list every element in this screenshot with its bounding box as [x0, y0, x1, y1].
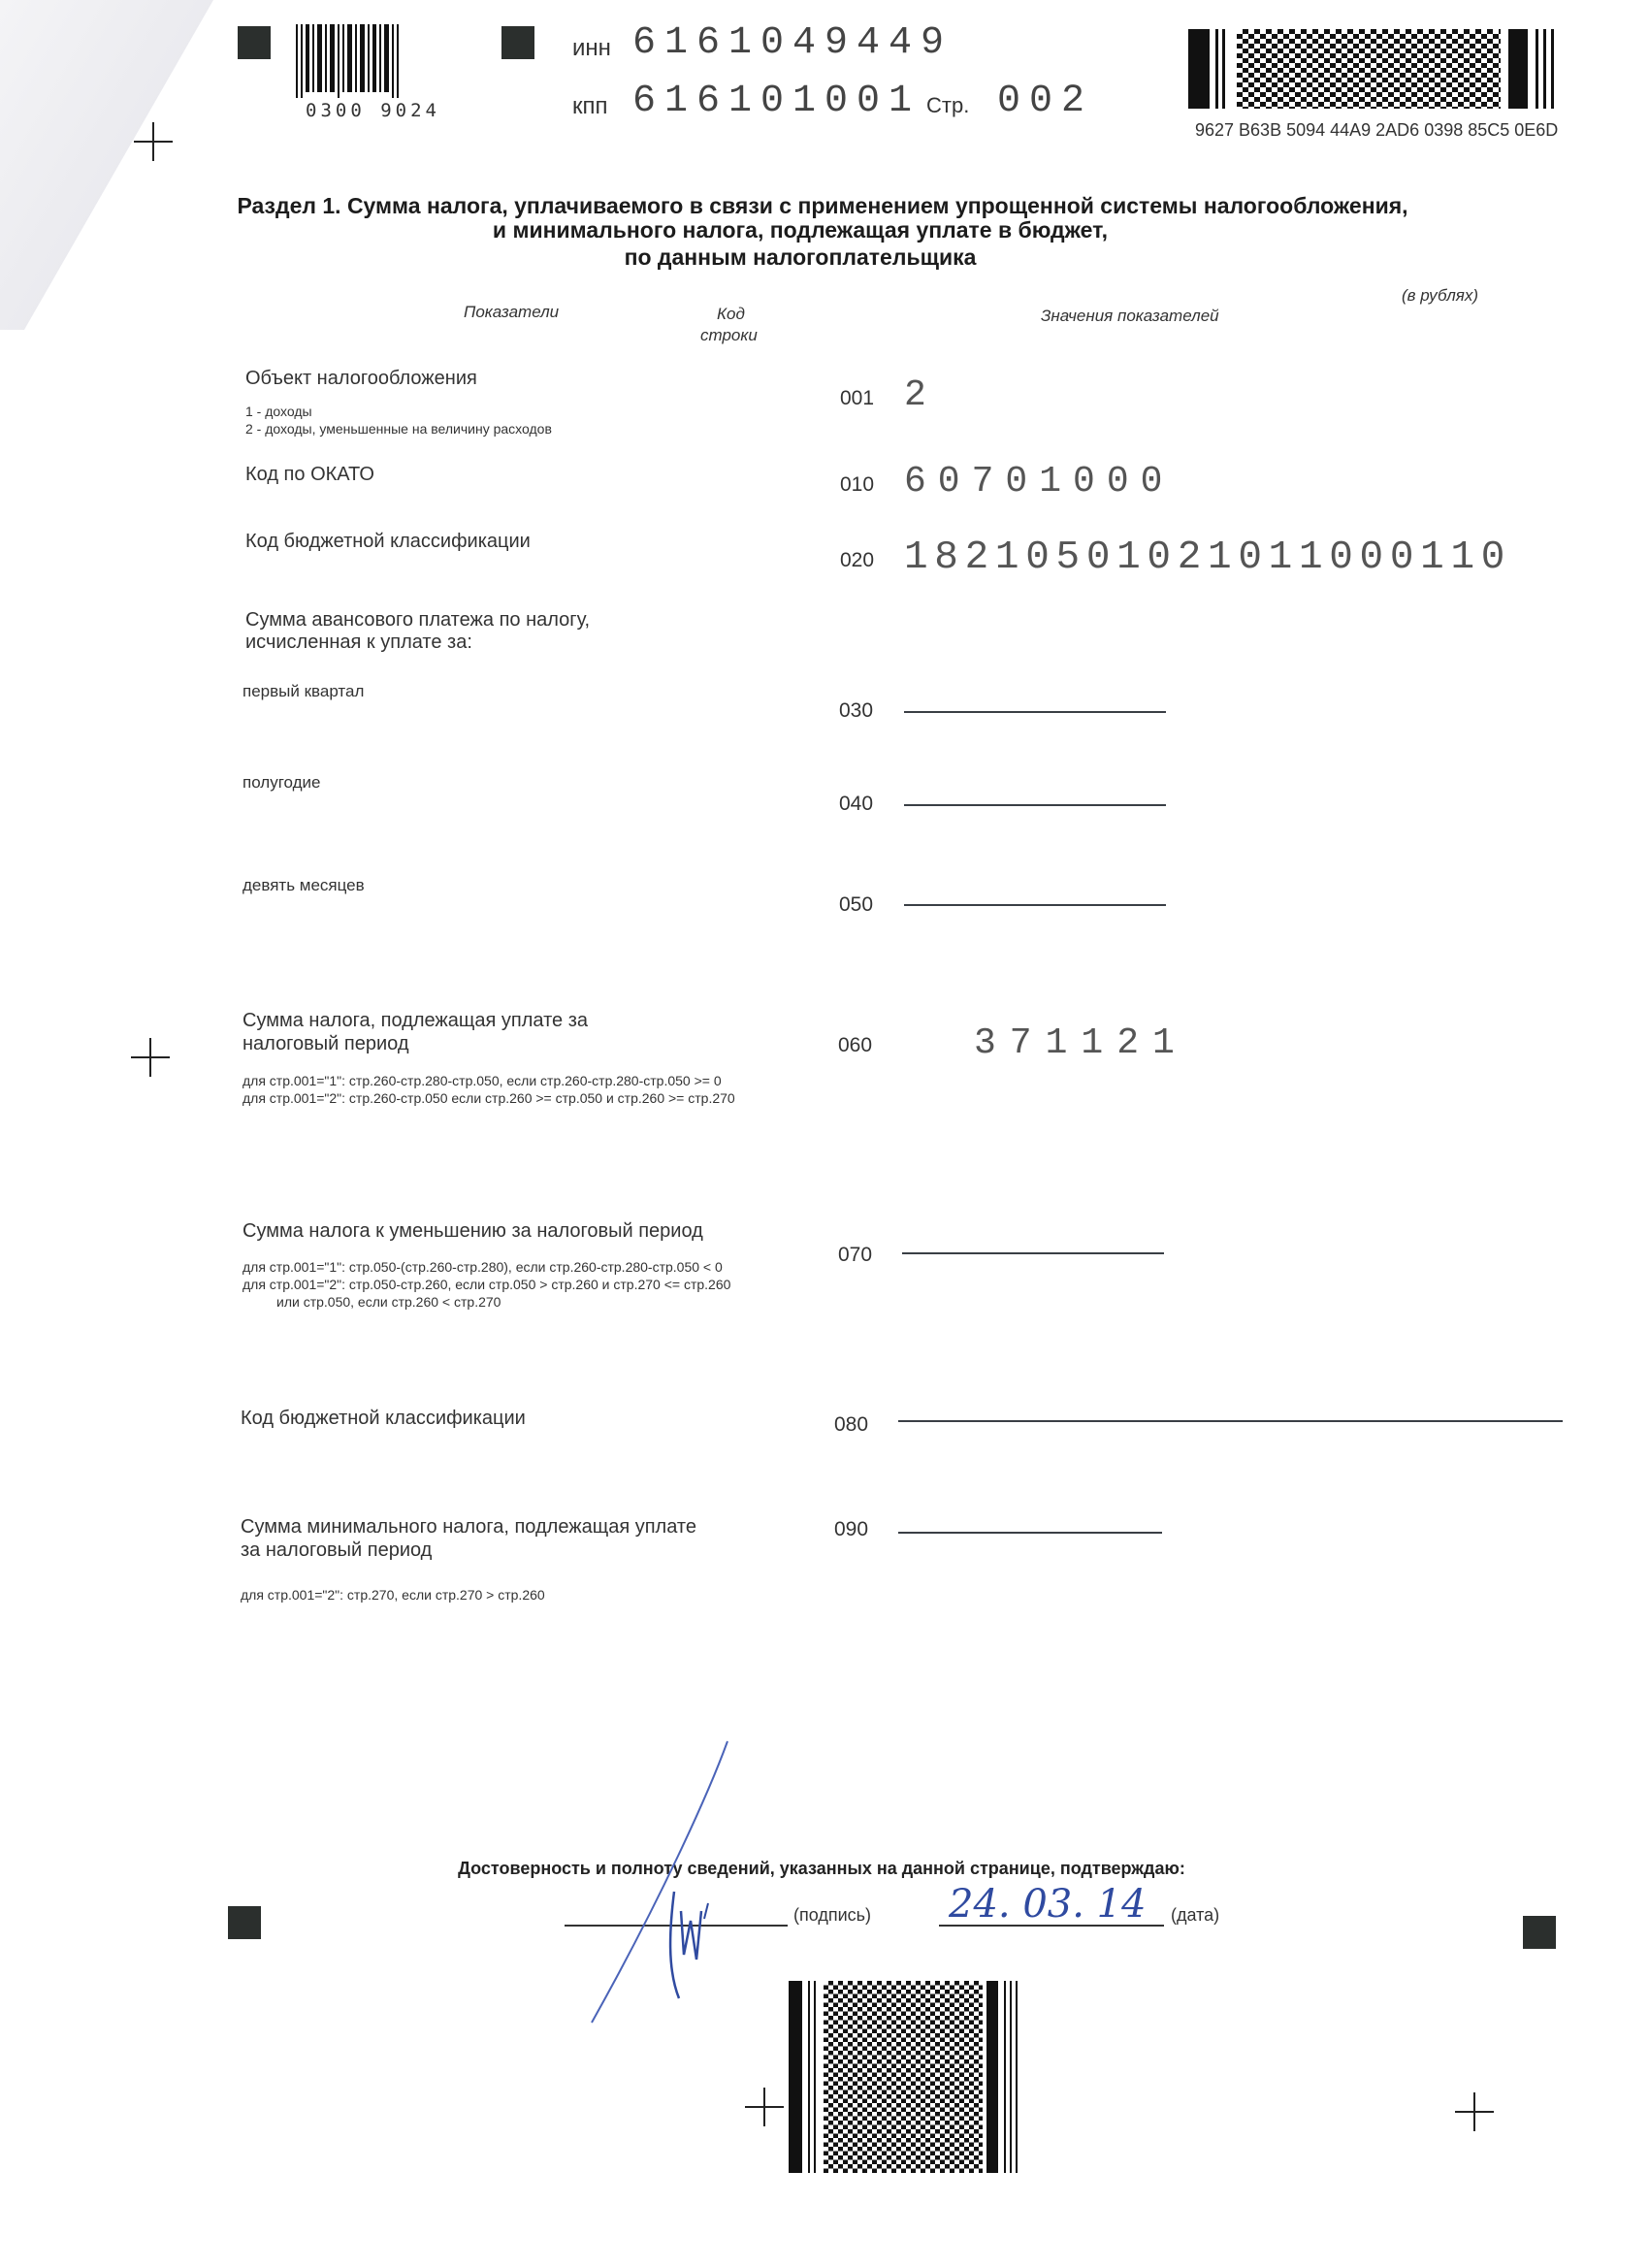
- page-fold-shadow: [0, 0, 252, 349]
- handwritten-date: 24. 03. 14: [949, 1882, 1147, 1927]
- crosshair-icon: [134, 122, 173, 161]
- row-060-value: 371121: [974, 1022, 1188, 1064]
- date-caption: (дата): [1171, 1905, 1219, 1926]
- advance-payment-group-label-1: Сумма авансового платежа по налогу,: [245, 608, 590, 632]
- units-label: (в рублях): [1402, 286, 1478, 306]
- row-090-label-1: Сумма минимального налога, подлежащая уп…: [241, 1515, 696, 1539]
- registration-mark: [238, 26, 271, 59]
- row-030-code: 030: [839, 699, 873, 723]
- crosshair-icon: [745, 2088, 784, 2126]
- col-header-values: Значения показателей: [1041, 307, 1219, 326]
- row-010-value: 60701000: [904, 461, 1174, 502]
- col-header-code-2: строки: [700, 326, 758, 345]
- confirmation-statement: Достоверность и полноту сведений, указан…: [0, 1859, 1646, 1879]
- row-010-label: Код по ОКАТО: [245, 463, 374, 487]
- row-030-value-empty: [904, 711, 1166, 713]
- row-001-label: Объект налогообложения: [245, 367, 477, 391]
- row-001-note-1: 1 - доходы: [245, 404, 312, 420]
- col-header-indicators: Показатели: [464, 303, 559, 322]
- pdf417-barcode-top: [1188, 29, 1557, 109]
- row-050-label: девять месяцев: [242, 873, 365, 897]
- row-090-label-2: за налоговый период: [241, 1539, 432, 1563]
- row-010-code: 010: [840, 473, 874, 497]
- crosshair-icon: [131, 1038, 170, 1077]
- row-060-label-2: налоговый период: [242, 1032, 409, 1056]
- barcode-icon: [296, 24, 490, 98]
- row-070-note-1: для стр.001="1": стр.050-(стр.260-стр.28…: [242, 1259, 723, 1276]
- registration-mark: [228, 1906, 261, 1939]
- row-050-value-empty: [904, 904, 1166, 906]
- row-001-note-2: 2 - доходы, уменьшенные на величину расх…: [245, 421, 552, 437]
- kpp-value: 616101001: [632, 80, 921, 123]
- row-020-value: 18210501021011000110: [904, 535, 1511, 580]
- row-090-note-1: для стр.001="2": стр.270, если стр.270 >…: [241, 1587, 545, 1604]
- page-value: 002: [997, 80, 1093, 123]
- section-title-line2: и минимального налога, подлежащая уплате…: [0, 215, 1625, 245]
- row-040-label: полугодие: [242, 770, 320, 794]
- row-001-value: 2: [904, 374, 938, 416]
- row-070-note-2: для стр.001="2": стр.050-стр.260, если с…: [242, 1277, 730, 1293]
- row-070-label: Сумма налога к уменьшению за налоговый п…: [242, 1219, 703, 1244]
- row-070-note-3: или стр.050, если стр.260 < стр.270: [276, 1294, 501, 1311]
- row-001-code: 001: [840, 387, 874, 410]
- signature-scribble: [572, 1736, 766, 2027]
- row-060-label-1: Сумма налога, подлежащая уплате за: [242, 1009, 588, 1033]
- row-080-code: 080: [834, 1413, 868, 1437]
- row-060-note-1: для стр.001="1": стр.260-стр.280-стр.050…: [242, 1073, 722, 1089]
- row-020-code: 020: [840, 549, 874, 572]
- inn-value: 6161049449: [632, 21, 953, 65]
- row-040-value-empty: [904, 804, 1166, 806]
- advance-payment-group-label-2: исчисленная к уплате за:: [245, 631, 472, 655]
- row-020-label: Код бюджетной классификации: [245, 530, 531, 554]
- row-060-code: 060: [838, 1034, 872, 1057]
- row-070-value-empty: [902, 1252, 1164, 1254]
- row-090-code: 090: [834, 1518, 868, 1541]
- crosshair-icon: [1455, 2092, 1494, 2131]
- row-070-code: 070: [838, 1244, 872, 1267]
- registration-mark: [1523, 1916, 1556, 1949]
- kpp-label: КПП: [572, 93, 608, 120]
- row-060-note-2: для стр.001="2": стр.260-стр.050 если ст…: [242, 1090, 735, 1107]
- signature-caption: (подпись): [793, 1905, 871, 1926]
- section-title-line3: по данным налогоплательщика: [0, 243, 1625, 273]
- row-040-code: 040: [839, 793, 873, 816]
- row-030-label: первый квартал: [242, 679, 364, 703]
- inn-label: ИНН: [572, 35, 611, 62]
- col-header-code: Код: [717, 305, 745, 324]
- row-090-value-empty: [898, 1532, 1162, 1534]
- row-080-value-empty: [898, 1420, 1563, 1422]
- page-label: Стр.: [926, 93, 969, 118]
- row-050-code: 050: [839, 893, 873, 917]
- registration-mark: [501, 26, 534, 59]
- pdf417-code-text: 9627 B63B 5094 44A9 2AD6 0398 85C5 0E6D: [1195, 120, 1558, 141]
- barcode-number: 0300 9024: [306, 100, 440, 121]
- row-080-label: Код бюджетной классификации: [241, 1407, 526, 1431]
- pdf417-barcode-bottom: [789, 1981, 1177, 2173]
